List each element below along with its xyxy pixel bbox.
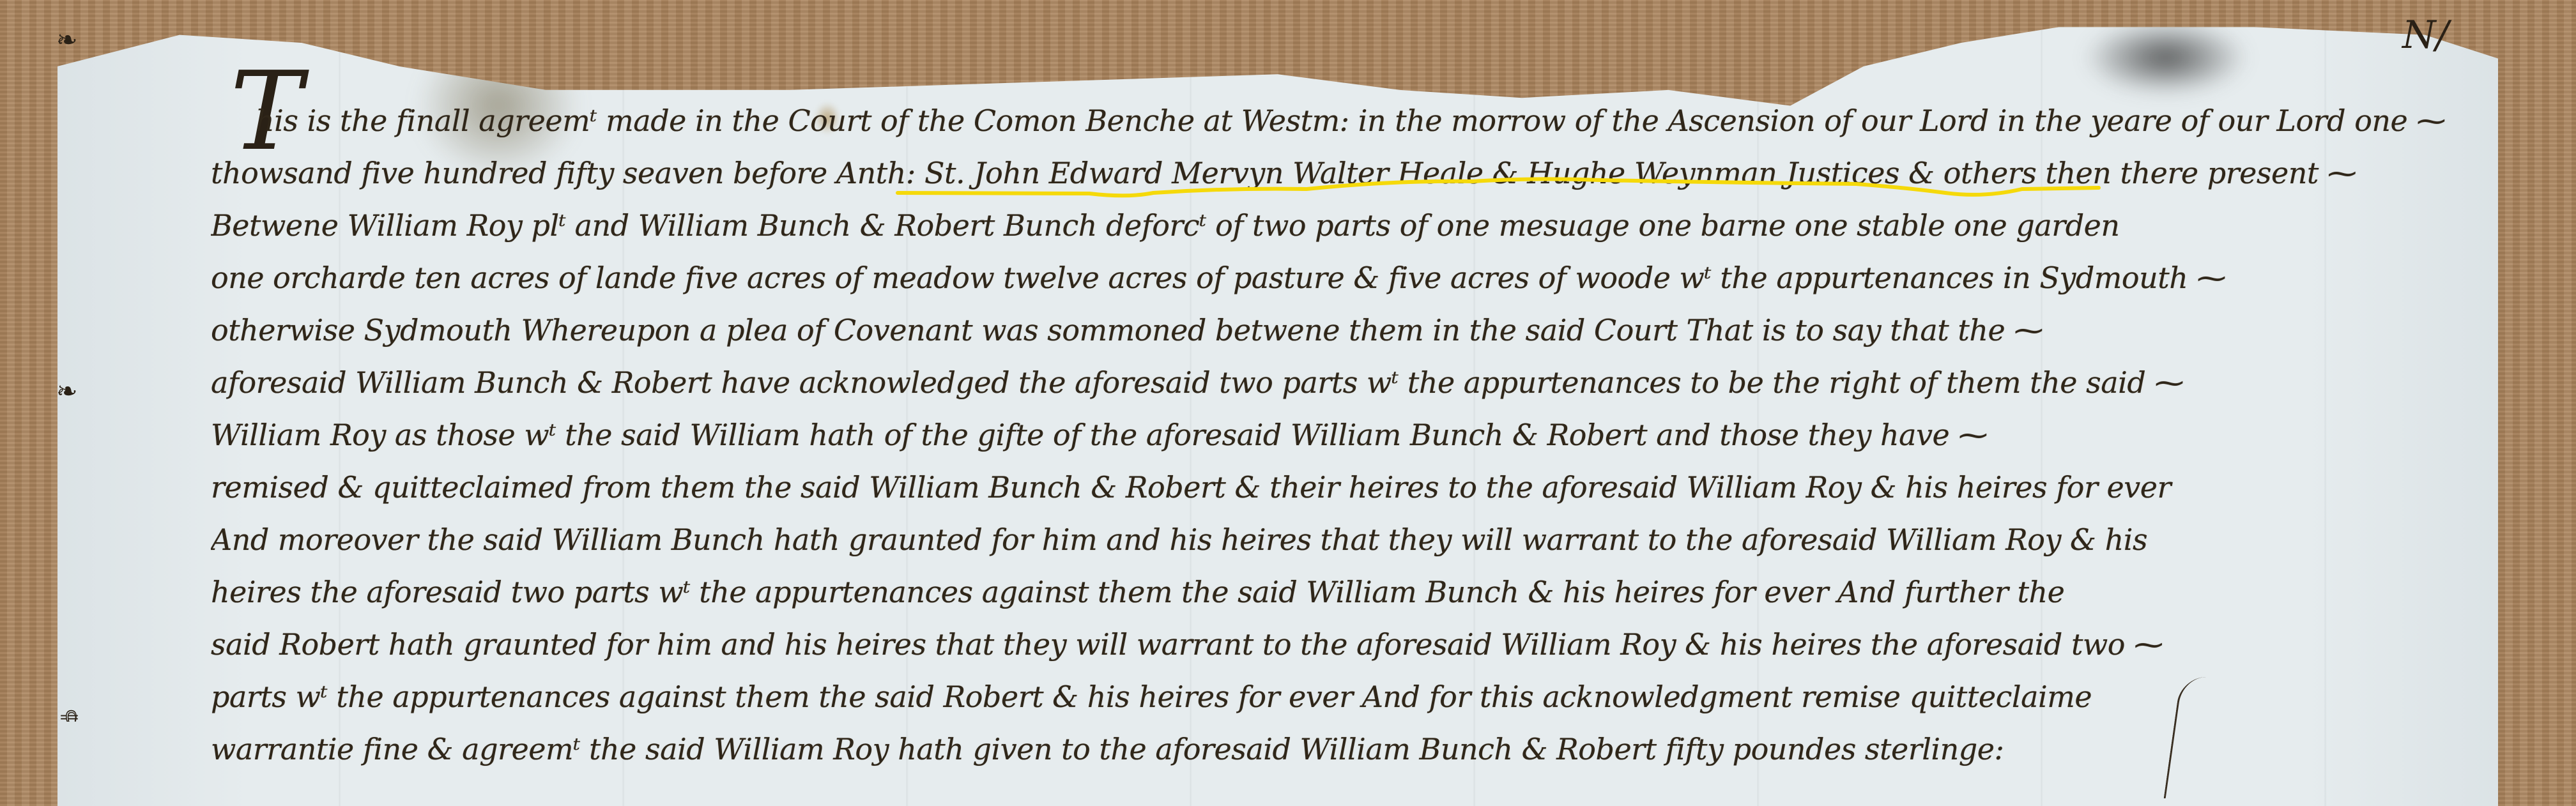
dark-stain bbox=[2083, 19, 2249, 96]
yellow-underline-annotation bbox=[898, 189, 2124, 194]
text-line-1: his is the finall agreemᵗ made in the Co… bbox=[211, 95, 2524, 147]
text-line-6: aforesaid William Bunch & Robert have ac… bbox=[211, 356, 2524, 409]
text-line-10: heires the aforesaid two parts wᵗ the ap… bbox=[211, 566, 2524, 618]
margin-mark: ❧ bbox=[56, 26, 78, 55]
corner-mark: N/ bbox=[2402, 13, 2449, 57]
text-line-9: And moreover the said William Bunch hath… bbox=[211, 513, 2524, 566]
text-line-7: William Roy as those wᵗ the said William… bbox=[211, 409, 2524, 461]
margin-mark: ❧ bbox=[56, 377, 78, 406]
margin-mark: ⸿ bbox=[56, 709, 82, 722]
text-line-5: otherwise Sydmouth Whereupon a plea of C… bbox=[211, 304, 2524, 356]
text-line-8: remised & quitteclaimed from them the sa… bbox=[211, 461, 2524, 513]
text-line-4: one orcharde ten acres of lande five acr… bbox=[211, 252, 2524, 304]
text-line-11: said Robert hath graunted for him and hi… bbox=[211, 618, 2524, 671]
